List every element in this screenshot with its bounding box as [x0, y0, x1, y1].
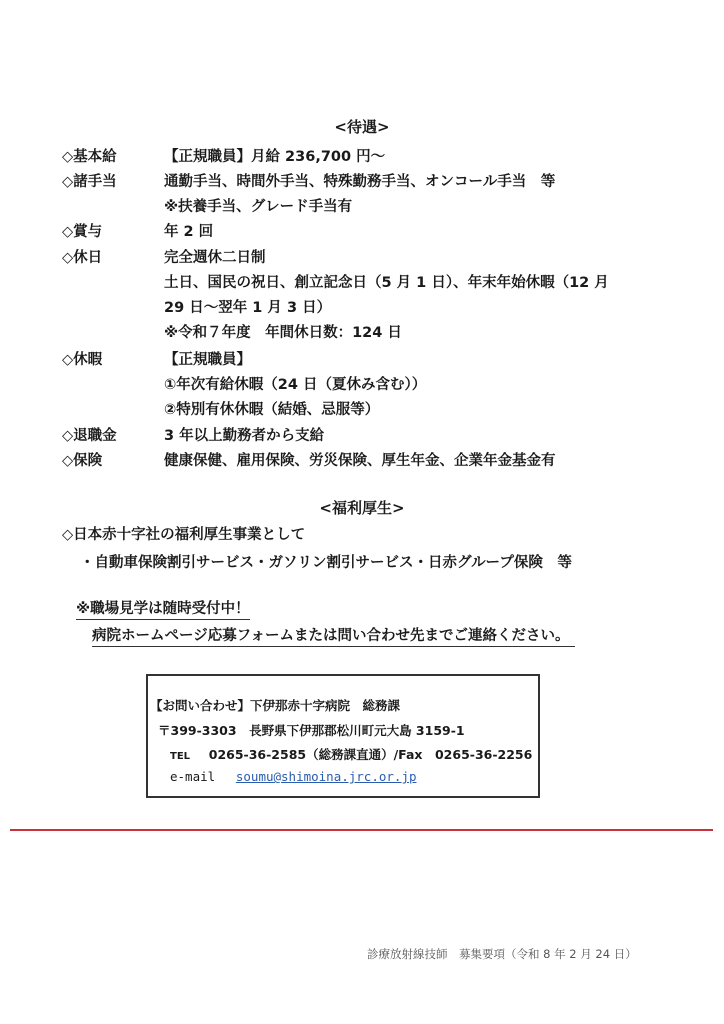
- welfare-services: ・自動車保険割引サービス・ガソリン割引サービス・日赤グループ保険 等: [80, 551, 572, 572]
- document-footer: 診療放射線技師 募集要項（令和 8 年 2 月 24 日）: [367, 946, 637, 962]
- visit-notice: ※職場見学は随時受付中！: [76, 597, 250, 620]
- retirement-value: 3 年以上勤務者から支給: [164, 424, 324, 445]
- allowances-note: ※扶養手当、グレード手当有: [164, 195, 352, 216]
- base-salary-label: ◇基本給: [62, 145, 117, 166]
- tel-fax-value: 0265-36-2585（総務課直通）/Fax 0265-36-2256: [209, 747, 533, 762]
- leave-special: ②特別有休休暇（結婚、忌服等）: [164, 398, 379, 419]
- holidays-value: 完全週休二日制: [164, 246, 266, 267]
- contact-phone-row: TEL 0265-36-2585（総務課直通）/Fax 0265-36-2256: [170, 745, 532, 763]
- allowances-value: 通勤手当、時間外手当、特殊勤務手当、オンコール手当 等: [164, 170, 555, 191]
- leave-category: 【正規職員】: [164, 348, 251, 369]
- holidays-annual-count: ※令和７年度 年間休日数：124 日: [164, 321, 402, 342]
- base-salary-value: 【正規職員】月給 236,700 円～: [164, 145, 385, 166]
- contact-title: 【お問い合わせ】下伊那赤十字病院 総務課: [150, 696, 400, 714]
- bonus-label: ◇賞与: [62, 220, 102, 241]
- red-divider: [10, 829, 713, 831]
- allowances-label: ◇諸手当: [62, 170, 117, 191]
- contact-box: 【お問い合わせ】下伊那赤十字病院 総務課 〒399-3303 長野県下伊那郡松川…: [146, 674, 540, 798]
- contact-instruction: 病院ホームページ応募フォームまたは問い合わせ先までご連絡ください。: [92, 624, 575, 647]
- email-link[interactable]: soumu@shimoina.jrc.or.jp: [236, 769, 417, 784]
- insurance-value: 健康保健、雇用保険、労災保険、厚生年金、企業年金基金有: [164, 449, 556, 470]
- email-label: e-mail: [170, 769, 215, 784]
- contact-email-row: e-mail soumu@shimoina.jrc.or.jp: [170, 769, 417, 784]
- leave-label: ◇休暇: [62, 348, 102, 369]
- welfare-intro: ◇日本赤十字社の福利厚生事業として: [62, 523, 305, 544]
- welfare-heading: <福利厚生>: [0, 497, 724, 518]
- holidays-detail-1: 土日、国民の祝日、創立記念日（5 月 1 日）、年末年始休暇（12 月: [164, 271, 609, 292]
- retirement-label: ◇退職金: [62, 424, 117, 445]
- holidays-detail-2: 29 日～翌年 1 月 3 日）: [164, 296, 331, 317]
- treatment-heading: <待遇>: [0, 116, 724, 137]
- leave-paid: ①年次有給休暇（24 日（夏休み含む））: [164, 373, 426, 394]
- bonus-value: 年 2 回: [164, 220, 213, 241]
- contact-address: 〒399-3303 長野県下伊那郡松川町元大島 3159-1: [158, 721, 465, 739]
- insurance-label: ◇保険: [62, 449, 102, 470]
- holidays-label: ◇休日: [62, 246, 102, 267]
- tel-label: TEL: [170, 751, 190, 762]
